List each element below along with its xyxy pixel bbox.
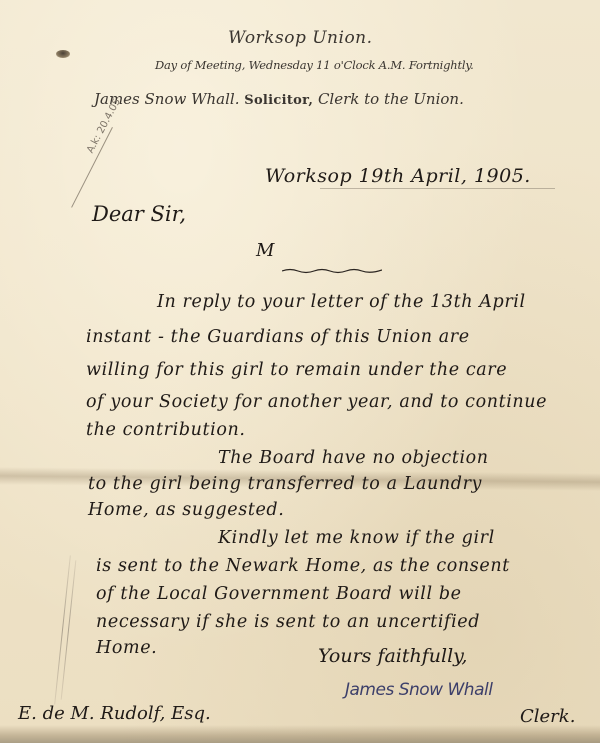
dateline-rule [320, 188, 555, 189]
signature: James Snow Whall [345, 680, 492, 700]
paper-bottom-edge [0, 725, 600, 743]
body-line-5: the contribution. [86, 420, 246, 440]
dateline: Worksop 19th April, 1905. [265, 165, 531, 187]
body-line-7: to the girl being transferred to a Laund… [88, 474, 482, 494]
body-line-9: Kindly let me know if the girl [218, 528, 495, 548]
body-line-13: Home. [96, 638, 157, 658]
body-line-4: of your Society for another year, and to… [86, 392, 547, 412]
body-line-3: willing for this girl to remain under th… [86, 360, 507, 380]
body-line-11: of the Local Government Board will be [96, 584, 462, 604]
pencil-margin-mark [61, 560, 77, 699]
letterhead-meeting-info: Day of Meeting, Wednesday 11 o'Clock A.M… [155, 58, 474, 72]
body-line-10: is sent to the Newark Home, as the conse… [96, 556, 510, 576]
body-line-2: instant - the Guardians of this Union ar… [86, 327, 470, 347]
letterhead-title: Worksop Union. [228, 28, 373, 48]
punch-hole [56, 50, 70, 58]
recipient: E. de M. Rudolf, Esq. [18, 703, 211, 724]
letterhead-clerk-line: James Snow Whall. Solicitor, Clerk to th… [94, 90, 464, 108]
body-line-1: In reply to your letter of the 13th Apri… [157, 292, 526, 312]
letterhead-clerk-profession: Solicitor, [244, 93, 313, 108]
salutation: Dear Sir, [92, 202, 186, 226]
signatory-title: Clerk. [520, 706, 575, 727]
closing: Yours faithfully, [318, 645, 467, 667]
body-line-8: Home, as suggested. [88, 500, 284, 520]
flourish-divider [282, 266, 382, 274]
body-line-12: necessary if she is sent to an uncertifi… [96, 612, 480, 632]
reference-initial: M [256, 240, 274, 261]
body-line-6: The Board have no objection [218, 448, 489, 468]
letterhead-clerk-role: Clerk to the Union. [318, 90, 464, 108]
letter-page: Worksop Union. Day of Meeting, Wednesday… [0, 0, 600, 743]
